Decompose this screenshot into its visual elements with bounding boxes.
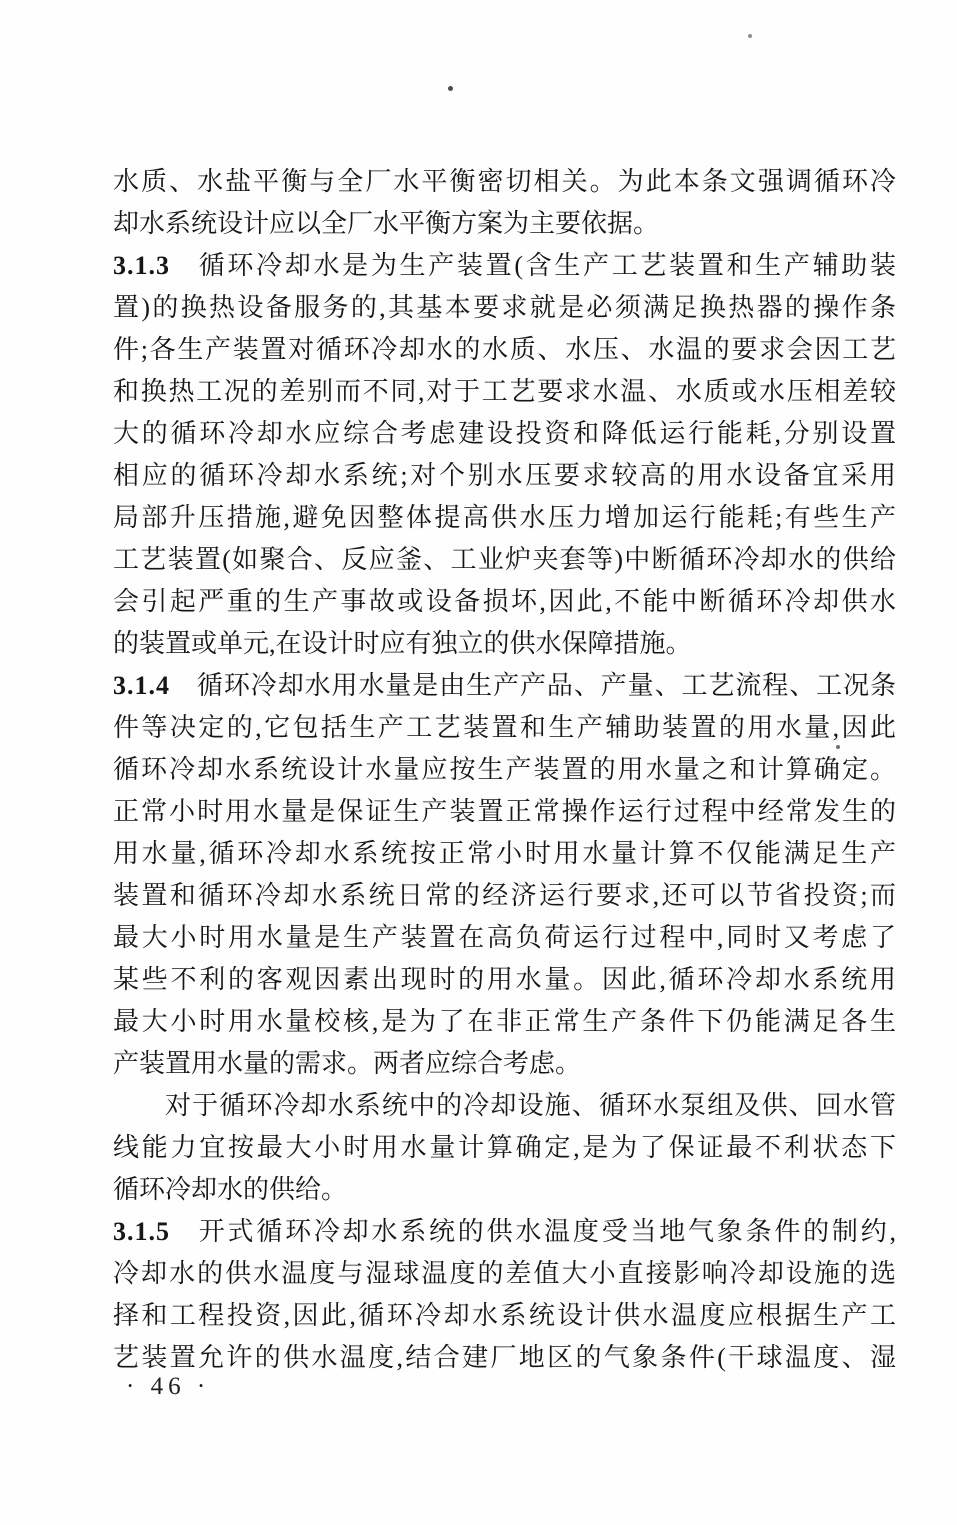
text-line: 对于循环冷却水系统中的冷却设施、循环水泵组及供、回水管 bbox=[113, 1085, 896, 1127]
page-text: 水质、水盐平衡与全厂水平衡密切相关。为此本条文强调循环冷却水系统设计应以全厂水平… bbox=[113, 161, 896, 1379]
text-line: 产装置用水量的需求。两者应综合考虑。 bbox=[113, 1043, 896, 1085]
text-line: 工艺装置(如聚合、反应釜、工业炉夹套等)中断循环冷却水的供给 bbox=[113, 539, 896, 581]
text-line: 大的循环冷却水应综合考虑建设投资和降低运行能耗,分别设置 bbox=[113, 413, 896, 455]
text-line: 会引起严重的生产事故或设备损坏,因此,不能中断循环冷却供水 bbox=[113, 581, 896, 623]
scanned-document-page: 水质、水盐平衡与全厂水平衡密切相关。为此本条文强调循环冷却水系统设计应以全厂水平… bbox=[0, 0, 957, 1525]
text-line: 相应的循环冷却水系统;对个别水压要求较高的用水设备宜采用 bbox=[113, 455, 896, 497]
text-line: 却水系统设计应以全厂水平衡方案为主要依据。 bbox=[113, 203, 896, 245]
section-number: 3.1.5 bbox=[113, 1217, 170, 1246]
scan-speck bbox=[748, 34, 752, 38]
text-line: 择和工程投资,因此,循环冷却水系统设计供水温度应根据生产工 bbox=[113, 1295, 896, 1337]
text-line: 和换热工况的差别而不同,对于工艺要求水温、水质或水压相差较 bbox=[113, 371, 896, 413]
text-line: 最大小时用水量是生产装置在高负荷运行过程中,同时又考虑了 bbox=[113, 917, 896, 959]
text-line: 最大小时用水量校核,是为了在非正常生产条件下仍能满足各生 bbox=[113, 1001, 896, 1043]
text-line: 水质、水盐平衡与全厂水平衡密切相关。为此本条文强调循环冷 bbox=[113, 161, 896, 203]
text-line: 循环冷却水系统设计水量应按生产装置的用水量之和计算确定。 bbox=[113, 749, 896, 791]
page-number: · 46 · bbox=[126, 1372, 210, 1402]
text-line: 装置和循环冷却水系统日常的经济运行要求,还可以节省投资;而 bbox=[113, 875, 896, 917]
text-line: 3.1.5开式循环冷却水系统的供水温度受当地气象条件的制约, bbox=[113, 1211, 896, 1253]
text-line: 循环冷却水的供给。 bbox=[113, 1169, 896, 1211]
text-line: 某些不利的客观因素出现时的用水量。因此,循环冷却水系统用 bbox=[113, 959, 896, 1001]
text-line: 局部升压措施,避免因整体提高供水压力增加运行能耗;有些生产 bbox=[113, 497, 896, 539]
scan-speck bbox=[836, 745, 840, 749]
text-line: 3.1.3循环冷却水是为生产装置(含生产工艺装置和生产辅助装 bbox=[113, 245, 896, 287]
section-number: 3.1.3 bbox=[113, 251, 170, 280]
text-line: 的装置或单元,在设计时应有独立的供水保障措施。 bbox=[113, 623, 896, 665]
text-line: 艺装置允许的供水温度,结合建厂地区的气象条件(干球温度、湿 bbox=[113, 1337, 896, 1379]
text-line: 件;各生产装置对循环冷却水的水质、水压、水温的要求会因工艺 bbox=[113, 329, 896, 371]
text-line: 件等决定的,它包括生产工艺装置和生产辅助装置的用水量,因此 bbox=[113, 707, 896, 749]
scan-speck bbox=[448, 86, 453, 91]
text-line: 冷却水的供水温度与湿球温度的差值大小直接影响冷却设施的选 bbox=[113, 1253, 896, 1295]
text-line: 置)的换热设备服务的,其基本要求就是必须满足换热器的操作条 bbox=[113, 287, 896, 329]
section-number: 3.1.4 bbox=[113, 671, 170, 700]
text-line: 3.1.4循环冷却水用水量是由生产产品、产量、工艺流程、工况条 bbox=[113, 665, 896, 707]
text-line: 正常小时用水量是保证生产装置正常操作运行过程中经常发生的 bbox=[113, 791, 896, 833]
text-line: 用水量,循环冷却水系统按正常小时用水量计算不仅能满足生产 bbox=[113, 833, 896, 875]
text-line: 线能力宜按最大小时用水量计算确定,是为了保证最不利状态下 bbox=[113, 1127, 896, 1169]
